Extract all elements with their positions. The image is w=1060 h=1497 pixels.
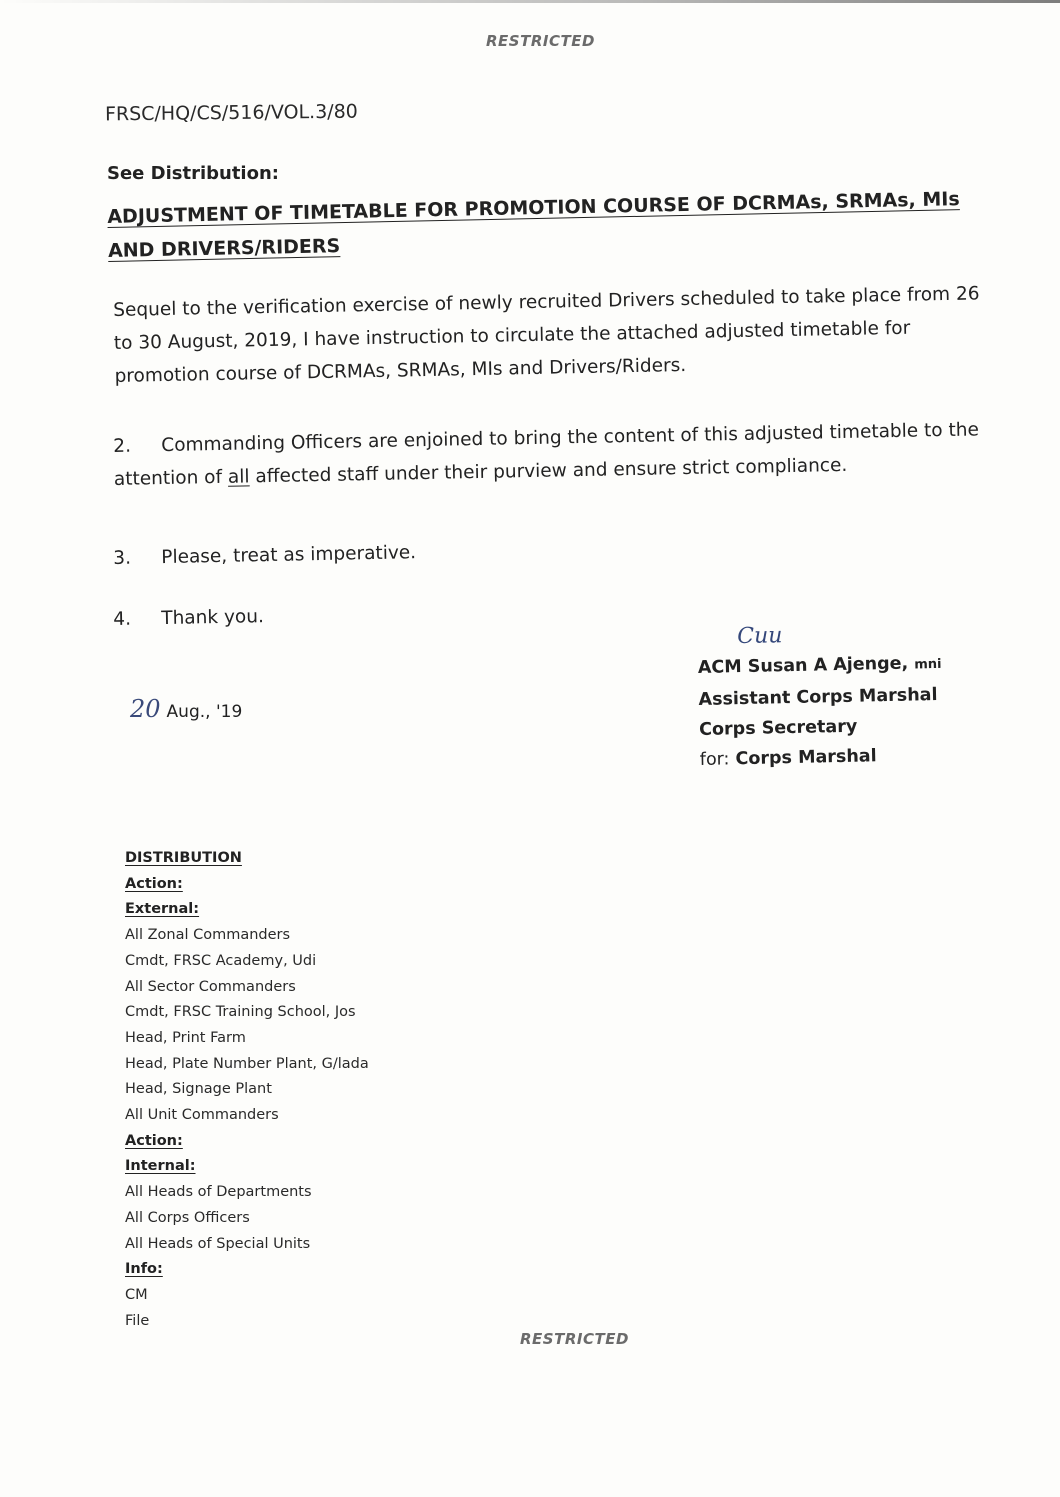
- external-label: External:: [125, 897, 369, 923]
- distribution-list: DISTRIBUTION Action: External: All Zonal…: [125, 846, 369, 1334]
- list-item: CM: [125, 1283, 369, 1309]
- list-item: All Sector Commanders: [125, 975, 369, 1001]
- distribution-title: DISTRIBUTION: [125, 846, 369, 872]
- list-item: Head, Signage Plant: [125, 1077, 369, 1103]
- action-label: Action:: [125, 1129, 369, 1155]
- emphasis-text: all: [228, 466, 250, 487]
- reference-number: FRSC/HQ/CS/516/VOL.3/80: [105, 101, 358, 126]
- see-distribution: See Distribution:: [107, 163, 279, 184]
- scan-edge-line: [0, 0, 1060, 3]
- list-item: All Heads of Special Units: [125, 1232, 369, 1258]
- paragraph-text: Thank you.: [161, 606, 264, 629]
- list-item: All Heads of Departments: [125, 1180, 369, 1206]
- list-item: All Corps Officers: [125, 1206, 369, 1232]
- action-label: Action:: [125, 872, 369, 898]
- paragraph-text: affected staff under their purview and e…: [249, 455, 847, 487]
- for-name: Corps Marshal: [735, 746, 876, 769]
- subject-text: ADJUSTMENT OF TIMETABLE FOR PROMOTION CO…: [107, 188, 960, 262]
- list-item: File: [125, 1309, 369, 1335]
- handwritten-day: 20: [130, 695, 161, 723]
- signatory-suffix: mni: [914, 657, 942, 673]
- paragraph-1: Sequel to the verification exercise of n…: [113, 277, 995, 393]
- paragraph-number: 3.: [113, 541, 162, 575]
- list-item: All Unit Commanders: [125, 1103, 369, 1129]
- internal-label: Internal:: [125, 1154, 369, 1180]
- letter-date: 20Aug., '19: [130, 695, 242, 723]
- list-item: Head, Plate Number Plant, G/lada: [125, 1052, 369, 1078]
- info-label: Info:: [125, 1257, 369, 1283]
- signatory-rank: Assistant Corps Marshal: [698, 680, 942, 715]
- signature-block: Cuu ACM Susan A Ajenge, mni Assistant Co…: [697, 620, 944, 775]
- date-text: Aug., '19: [167, 702, 243, 722]
- signature-scribble: Cuu: [737, 620, 941, 652]
- signatory-for: for: Corps Marshal: [700, 740, 944, 775]
- paragraph-2: 2.Commanding Officers are enjoined to br…: [113, 413, 994, 496]
- for-prefix: for:: [700, 749, 730, 770]
- paragraph-number: 4.: [113, 602, 162, 636]
- list-item: Head, Print Farm: [125, 1026, 369, 1052]
- paragraph-number: 2.: [113, 429, 162, 463]
- list-item: Cmdt, FRSC Training School, Jos: [125, 1000, 369, 1026]
- paragraph-3: 3.Please, treat as imperative.: [113, 525, 993, 575]
- subject-heading: ADJUSTMENT OF TIMETABLE FOR PROMOTION CO…: [107, 181, 998, 268]
- classification-footer: RESTRICTED: [520, 1330, 629, 1348]
- signatory-name-text: ACM Susan A Ajenge,: [698, 654, 909, 678]
- signatory-name: ACM Susan A Ajenge, mni: [698, 648, 942, 685]
- list-item: All Zonal Commanders: [125, 923, 369, 949]
- classification-header: RESTRICTED: [486, 32, 595, 50]
- paragraph-text: Please, treat as imperative.: [161, 542, 416, 568]
- list-item: Cmdt, FRSC Academy, Udi: [125, 949, 369, 975]
